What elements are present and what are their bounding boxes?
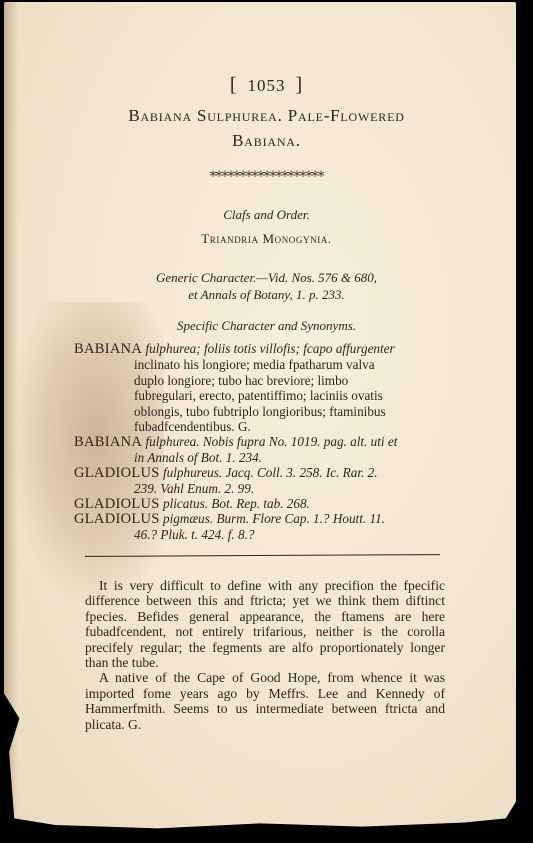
bracket-left: [	[230, 74, 238, 96]
generic-character-line-2: et Annals of Botany, 1. p. 233.	[0, 287, 533, 303]
bracket-right: ]	[296, 74, 304, 96]
synonym-entry: BABIANA fulphurea; foliis totis villofis…	[74, 341, 444, 434]
class-value: Triandria Monogynia.	[0, 231, 533, 247]
synonym-entry: BABIANA fulphurea. Nobis fupra No. 1019.…	[74, 434, 444, 466]
title-line-1: Babiana Sulphurea. Pale-Flowered	[0, 106, 533, 126]
synonym-entry: GLADIOLUS pigmæus. Burm. Flore Cap. 1.? …	[74, 511, 444, 543]
synonym-line: inclinato his longiore; media fpatharum …	[74, 357, 444, 372]
page-spine-shadow	[4, 2, 18, 835]
synonym-line: fubregulari, erecto, patentiffimo; lacin…	[74, 388, 444, 403]
page-number: [1053]	[0, 74, 533, 97]
synonym-line: duplo longiore; tubo hac breviore; limbo	[74, 373, 444, 388]
page-number-value: 1053	[248, 76, 286, 95]
synonym-line: fulphurea; foliis totis villofis; fcapo …	[145, 341, 394, 356]
body-text: It is very difficult to define with any …	[85, 578, 445, 732]
synonym-line: fulphurea. Nobis fupra No. 1019. pag. al…	[145, 434, 397, 449]
synonym-entry: GLADIOLUS fulphureus. Jacq. Coll. 3. 258…	[74, 465, 444, 497]
synonym-line: fulphureus. Jacq. Coll. 3. 258. Ic. Rar.…	[163, 465, 378, 480]
specific-heading: Specific Character and Synonyms.	[0, 318, 533, 334]
genus-name: BABIANA	[74, 341, 142, 357]
class-heading: Clafs and Order.	[0, 207, 533, 223]
synonym-line: plicatus. Bot. Rep. tab. 268.	[163, 496, 310, 511]
synonym-line: pigmæus. Burm. Flore Cap. 1.? Houtt. 11.	[163, 511, 385, 526]
synonym-entry: GLADIOLUS plicatus. Bot. Rep. tab. 268.	[74, 496, 444, 512]
synonym-line: 239. Vahl Enum. 2. 99.	[74, 481, 444, 496]
paragraph-1: It is very difficult to define with any …	[85, 578, 445, 670]
synonym-line: 46.? Pluk. t. 424. f. 8.?	[74, 527, 444, 542]
genus-name: GLADIOLUS	[74, 496, 160, 512]
genus-name: BABIANA	[74, 434, 142, 450]
synonym-line: in Annals of Bot. 1. 234.	[74, 450, 444, 465]
title-line-2: Babiana.	[0, 131, 533, 151]
ornament-divider: *******************	[0, 169, 533, 185]
generic-character-line-1: Generic Character.—Vid. Nos. 576 & 680,	[0, 270, 533, 286]
synonym-line: oblongis, tubo fubtriplo longioribus; ft…	[74, 404, 444, 419]
synonym-line: fubadfcendentibus. G.	[74, 419, 444, 434]
paragraph-2: A native of the Cape of Good Hope, from …	[85, 670, 445, 732]
genus-name: GLADIOLUS	[74, 465, 160, 481]
genus-name: GLADIOLUS	[74, 511, 160, 527]
